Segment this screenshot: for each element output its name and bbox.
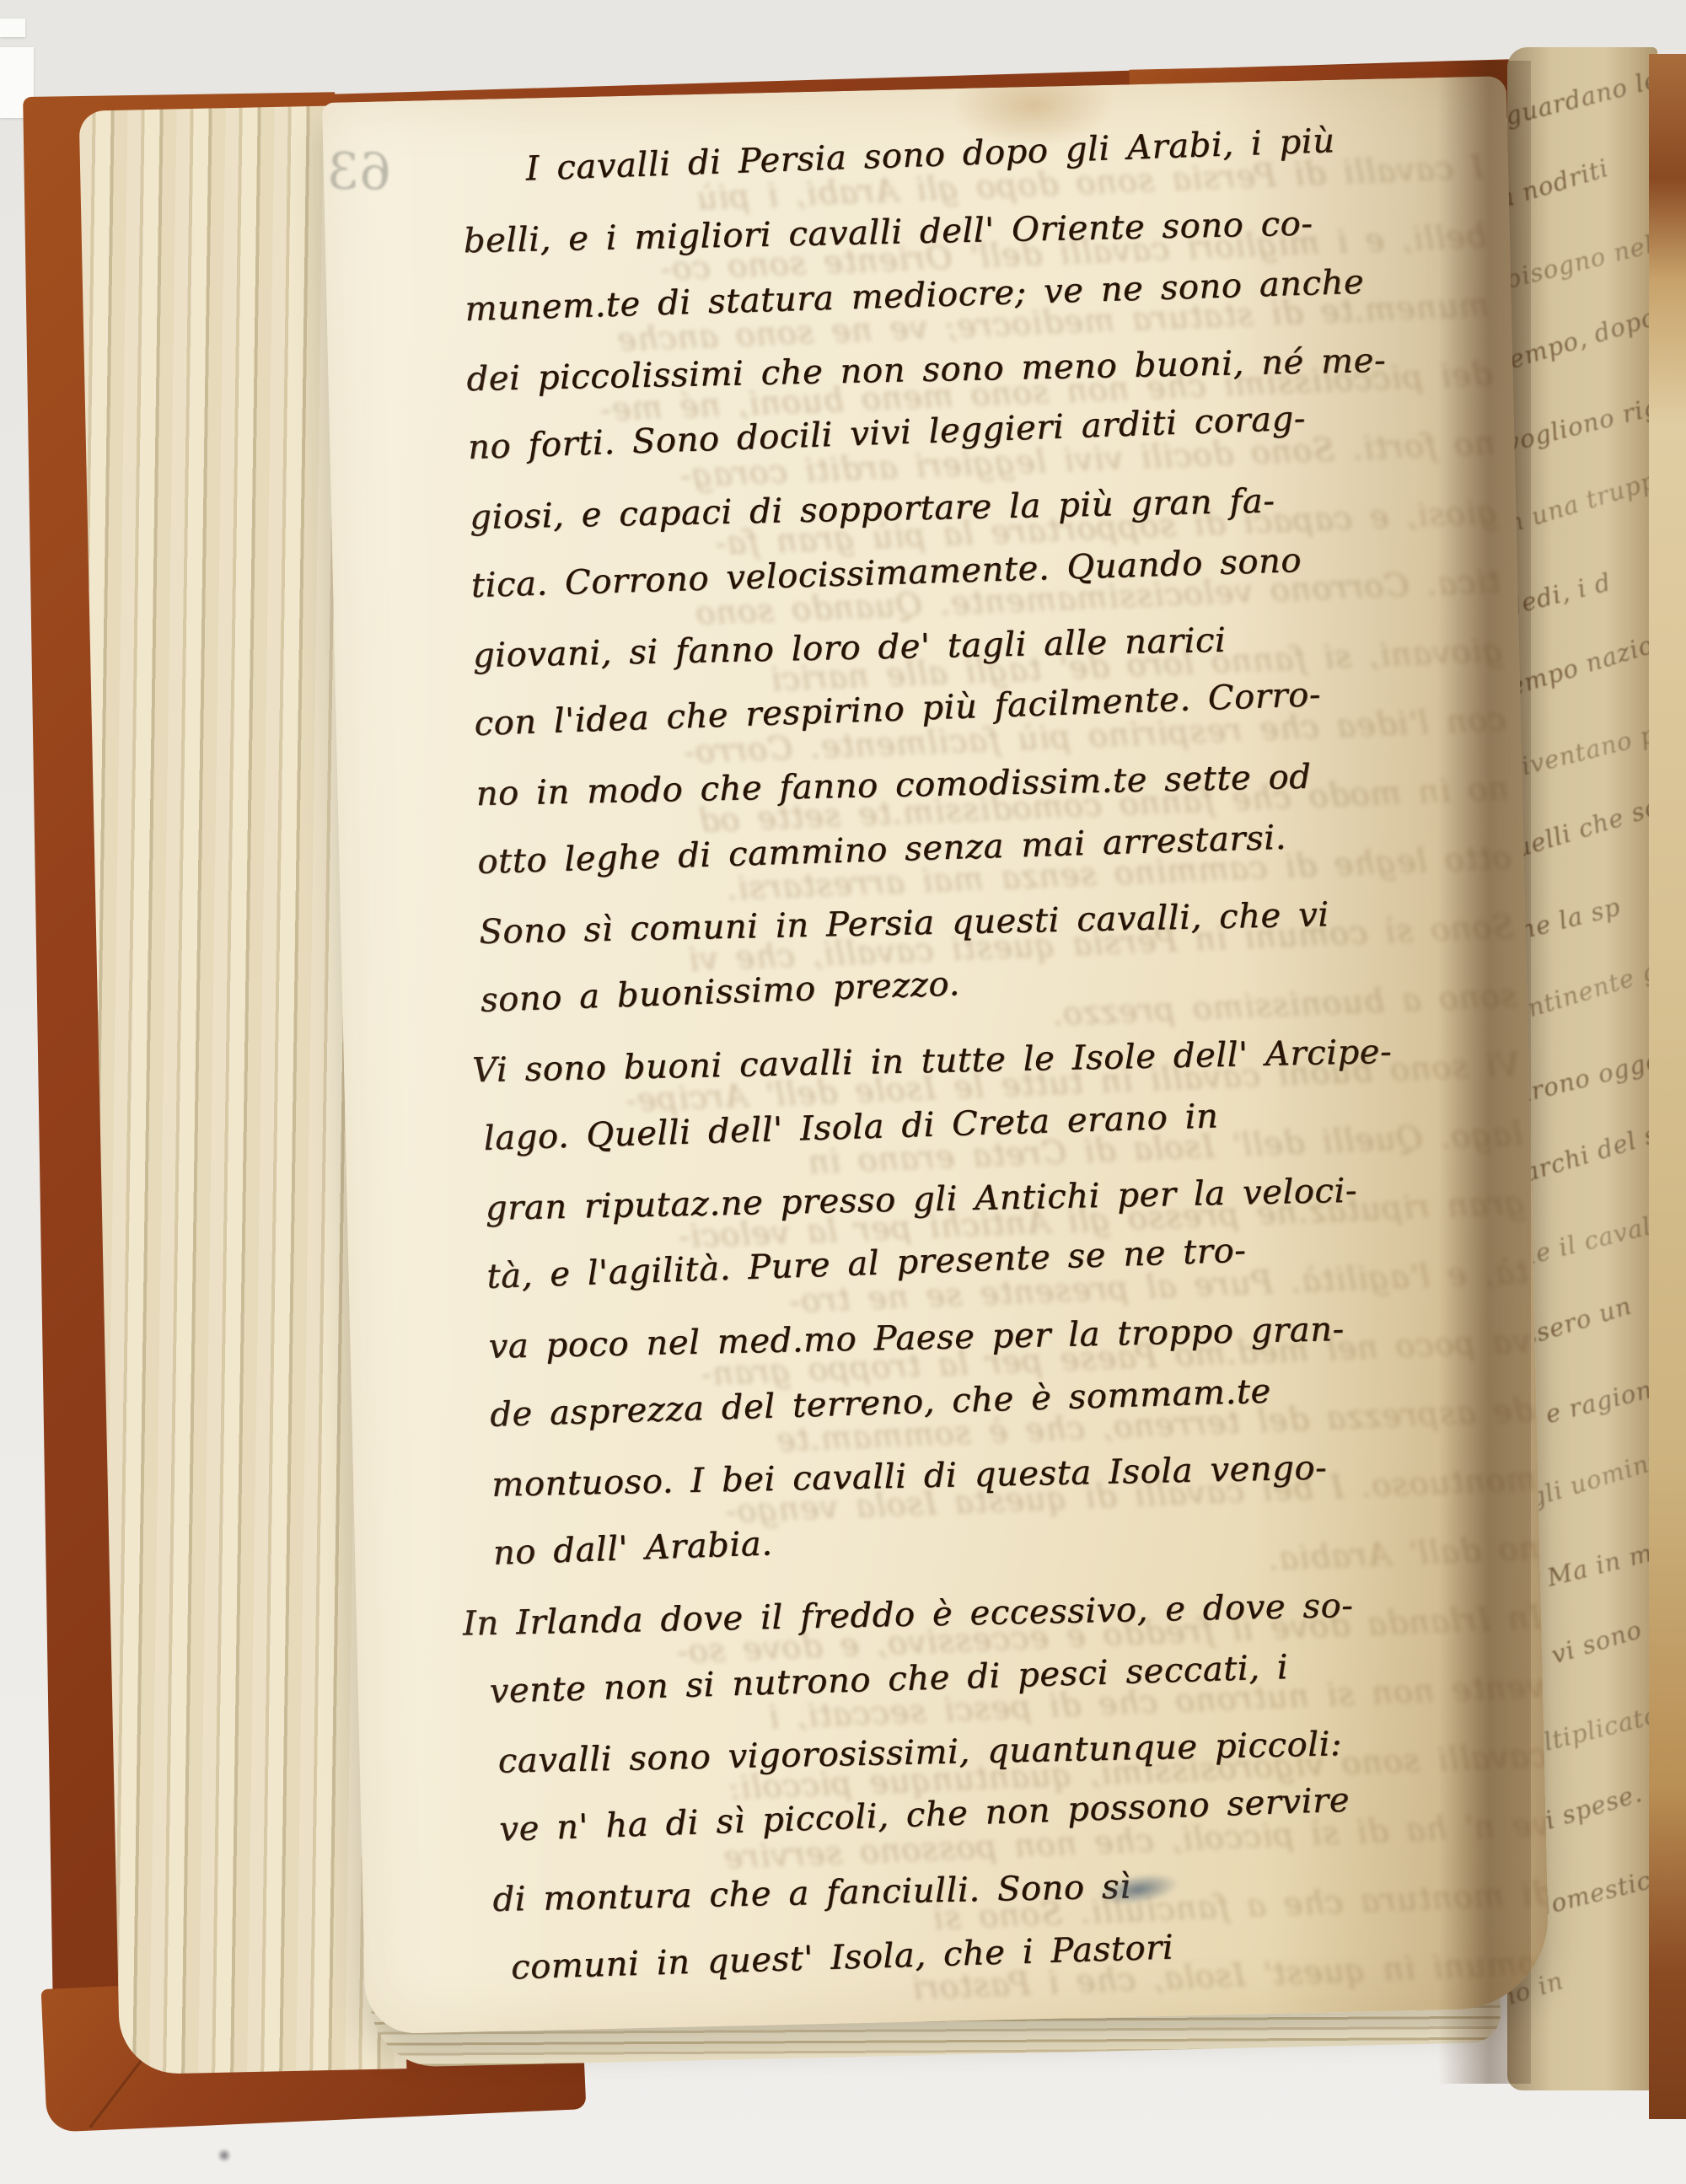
ghost-page-number: 63 <box>326 142 391 202</box>
gutter-shadow <box>1438 61 1531 2084</box>
dust-speck <box>217 2148 231 2163</box>
manuscript-text: I cavalli di Persia sono dopo gli Arabi,… <box>461 128 1543 2017</box>
background-paper-tab <box>0 19 25 37</box>
manuscript-page[interactable]: I cavalli di Persia sono dopo gli Arabi,… <box>322 76 1550 2034</box>
book-fore-edge <box>1649 54 1686 2119</box>
